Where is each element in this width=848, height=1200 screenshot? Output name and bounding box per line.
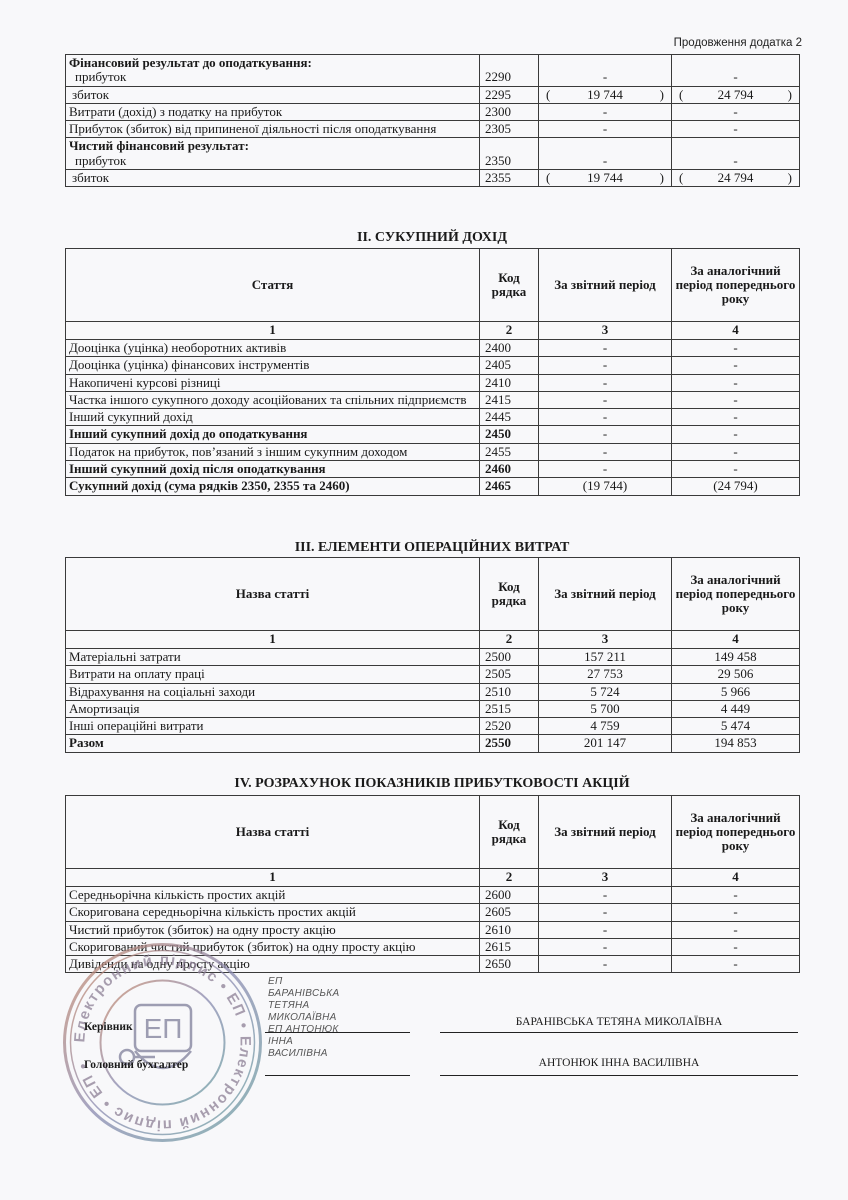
previous-period-value: (24 794) (672, 170, 800, 187)
table-row: Інший сукупний дохід до оподаткування245… (66, 426, 800, 443)
row-label: Накопичені курсові різниці (66, 374, 480, 391)
table-row: Чистий фінансовий результат:прибуток2350… (66, 138, 800, 170)
column-number-2: 2 (480, 322, 539, 340)
row-code: 2290 (480, 55, 539, 87)
table-row: Матеріальні затрати2500157 211149 458 (66, 649, 800, 666)
current-period-value: - (539, 443, 672, 460)
previous-period-value: - (672, 887, 800, 904)
column-number-2: 2 (480, 631, 539, 649)
accountant-name-line (440, 1075, 798, 1076)
previous-period-value: - (672, 357, 800, 374)
column-header-2: Код рядка (480, 558, 539, 631)
column-number-1: 1 (66, 631, 480, 649)
current-period-value: - (539, 426, 672, 443)
director-name-line (440, 1032, 798, 1033)
paren-close: ) (788, 88, 792, 102)
table-row: збиток2295(19 744)(24 794) (66, 86, 800, 103)
row-label: Інші операційні витрати (66, 718, 480, 735)
accountant-name: АНТОНЮК ІННА ВАСИЛІВНА (440, 1057, 798, 1069)
current-period-value: 5 700 (539, 700, 672, 717)
table-row: Сукупний дохід (сума рядків 2350, 2355 т… (66, 478, 800, 495)
previous-period-value: 29 506 (672, 666, 800, 683)
row-label: Відрахування на соціальні заходи (66, 683, 480, 700)
row-label: Інший сукупний дохід після оподаткування (66, 461, 480, 478)
negative-value: (19 744) (542, 171, 668, 185)
row-code: 2405 (480, 357, 539, 374)
column-number-row: 1234 (66, 322, 800, 340)
current-period-value: - (539, 938, 672, 955)
row-code: 2455 (480, 443, 539, 460)
table-row: Амортизація25155 7004 449 (66, 700, 800, 717)
previous-period-value: - (672, 461, 800, 478)
previous-period-value: - (672, 443, 800, 460)
row-label: Дооцінка (уцінка) фінансових інструменті… (66, 357, 480, 374)
table-row: Накопичені курсові різниці2410-- (66, 374, 800, 391)
negative-value: (19 744) (542, 88, 668, 102)
column-number-3: 3 (539, 869, 672, 887)
column-number-3: 3 (539, 322, 672, 340)
current-period-value: - (539, 887, 672, 904)
previous-period-value: - (672, 103, 800, 120)
header-row: Назва статтіКод рядкаЗа звітний періодЗа… (66, 796, 800, 869)
comprehensive-income-table: СтаттяКод рядкаЗа звітний періодЗа анало… (65, 248, 800, 496)
row-code: 2305 (480, 121, 539, 138)
financial-result-table: Фінансовий результат до оподаткування:пр… (65, 54, 800, 187)
group-heading: Чистий фінансовий результат: (69, 139, 476, 153)
row-label: Скоригована середньорічна кількість прос… (66, 904, 480, 921)
column-header-1: Назва статті (66, 796, 480, 869)
row-code: 2520 (480, 718, 539, 735)
esig-line: ЕП (268, 976, 339, 988)
row-code: 2415 (480, 391, 539, 408)
value-number: 24 794 (683, 88, 787, 102)
director-label: Керівник (84, 1021, 133, 1033)
row-label: збиток (66, 86, 480, 103)
table-row: Дооцінка (уцінка) фінансових інструменті… (66, 357, 800, 374)
table-row: Разом2550201 147194 853 (66, 735, 800, 752)
current-period-value: (19 744) (539, 86, 672, 103)
negative-value: (24 794) (675, 88, 796, 102)
previous-period-value: - (672, 340, 800, 357)
accountant-electronic-signature: ЕП АНТОНЮКІННАВАСИЛІВНА (268, 1024, 339, 1060)
row-code: 2465 (480, 478, 539, 495)
current-period-value: - (539, 904, 672, 921)
column-header-2: Код рядка (480, 249, 539, 322)
esig-line: МИКОЛАЇВНА (268, 1012, 339, 1024)
esig-line: ІННА (268, 1036, 339, 1048)
table-row: Скоригована середньорічна кількість прос… (66, 904, 800, 921)
current-period-value: 5 724 (539, 683, 672, 700)
current-period-value: - (539, 956, 672, 973)
column-number-1: 1 (66, 869, 480, 887)
current-period-value: 27 753 (539, 666, 672, 683)
previous-period-value: - (672, 956, 800, 973)
row-code: 2300 (480, 103, 539, 120)
current-period-value: - (539, 461, 672, 478)
row-code: 2500 (480, 649, 539, 666)
section-4-title: IV. РОЗРАХУНОК ПОКАЗНИКІВ ПРИБУТКОВОСТІ … (65, 776, 799, 792)
current-period-value: - (539, 55, 672, 87)
row-code: 2600 (480, 887, 539, 904)
row-label: збиток (66, 170, 480, 187)
row-code: 2550 (480, 735, 539, 752)
previous-period-value: - (672, 904, 800, 921)
column-number-row: 1234 (66, 869, 800, 887)
row-code: 2510 (480, 683, 539, 700)
section-3-title: ІІІ. ЕЛЕМЕНТИ ОПЕРАЦІЙНИХ ВИТРАТ (65, 540, 799, 556)
row-label: Матеріальні затрати (66, 649, 480, 666)
row-label: Податок на прибуток, пов’язаний з іншим … (66, 443, 480, 460)
table-row: Інші операційні витрати25204 7595 474 (66, 718, 800, 735)
row-code: 2605 (480, 904, 539, 921)
table-row: Відрахування на соціальні заходи25105 72… (66, 683, 800, 700)
previous-period-value: (24 794) (672, 86, 800, 103)
row-label: Інший сукупний дохід (66, 409, 480, 426)
table-row: Середньорічна кількість простих акцій260… (66, 887, 800, 904)
previous-period-value: 194 853 (672, 735, 800, 752)
previous-period-value: - (672, 374, 800, 391)
row-code: 2350 (480, 138, 539, 170)
previous-period-value: 5 474 (672, 718, 800, 735)
row-label: Середньорічна кількість простих акцій (66, 887, 480, 904)
row-label: Витрати на оплату праці (66, 666, 480, 683)
director-electronic-signature: ЕПБАРАНІВСЬКАТЕТЯНАМИКОЛАЇВНА (268, 976, 339, 1024)
previous-period-value: 4 449 (672, 700, 800, 717)
row-code: 2450 (480, 426, 539, 443)
column-number-2: 2 (480, 869, 539, 887)
current-period-value: (19 744) (539, 478, 672, 495)
column-number-3: 3 (539, 631, 672, 649)
row-label: Прибуток (збиток) від припиненої діяльно… (66, 121, 480, 138)
esig-line: ВАСИЛІВНА (268, 1048, 339, 1060)
group-heading: Фінансовий результат до оподаткування: (69, 56, 476, 70)
director-name: БАРАНІВСЬКА ТЕТЯНА МИКОЛАЇВНА (440, 1016, 798, 1028)
header-row: Назва статтіКод рядкаЗа звітний періодЗа… (66, 558, 800, 631)
negative-value: (24 794) (675, 171, 796, 185)
previous-period-value: - (672, 138, 800, 170)
paren-close: ) (660, 171, 664, 185)
current-period-value: 157 211 (539, 649, 672, 666)
row-label: Чистий фінансовий результат:прибуток (66, 138, 480, 170)
paren-close: ) (788, 171, 792, 185)
section-2-title: ІІ. СУКУПНИЙ ДОХІД (65, 230, 799, 246)
esig-line: ТЕТЯНА (268, 1000, 339, 1012)
previous-period-value: (24 794) (672, 478, 800, 495)
current-period-value: 4 759 (539, 718, 672, 735)
row-code: 2505 (480, 666, 539, 683)
column-header-3: За звітний період (539, 558, 672, 631)
row-label: Інший сукупний дохід до оподаткування (66, 426, 480, 443)
table-row: Витрати (дохід) з податку на прибуток230… (66, 103, 800, 120)
director-signature-line (265, 1032, 410, 1033)
row-code: 2355 (480, 170, 539, 187)
row-code: 2295 (480, 86, 539, 103)
row-code: 2410 (480, 374, 539, 391)
column-header-3: За звітний період (539, 796, 672, 869)
table-row: збиток2355(19 744)(24 794) (66, 170, 800, 187)
column-number-4: 4 (672, 631, 800, 649)
svg-text:ЕП: ЕП (144, 1013, 183, 1044)
row-code: 2460 (480, 461, 539, 478)
previous-period-value: - (672, 391, 800, 408)
table-row: Частка іншого сукупного доходу асоційова… (66, 391, 800, 408)
previous-period-value: - (672, 121, 800, 138)
column-header-1: Стаття (66, 249, 480, 322)
accountant-signature-line (265, 1075, 410, 1076)
current-period-value: - (539, 391, 672, 408)
value-number: 19 744 (550, 171, 659, 185)
column-header-2: Код рядка (480, 796, 539, 869)
esig-line: ЕП АНТОНЮК (268, 1024, 339, 1036)
row-code: 2400 (480, 340, 539, 357)
previous-period-value: - (672, 409, 800, 426)
esig-line: БАРАНІВСЬКА (268, 988, 339, 1000)
table-row: Прибуток (збиток) від припиненої діяльно… (66, 121, 800, 138)
column-header-1: Назва статті (66, 558, 480, 631)
row-label: Разом (66, 735, 480, 752)
table-row: Фінансовий результат до оподаткування:пр… (66, 55, 800, 87)
column-number-4: 4 (672, 322, 800, 340)
row-code: 2610 (480, 921, 539, 938)
current-period-value: (19 744) (539, 170, 672, 187)
row-label: Витрати (дохід) з податку на прибуток (66, 103, 480, 120)
previous-period-value: - (672, 426, 800, 443)
row-code: 2515 (480, 700, 539, 717)
paren-close: ) (660, 88, 664, 102)
row-label: Сукупний дохід (сума рядків 2350, 2355 т… (66, 478, 480, 495)
current-period-value: - (539, 103, 672, 120)
header-row: СтаттяКод рядкаЗа звітний періодЗа анало… (66, 249, 800, 322)
row-label-sub: прибуток (69, 154, 476, 168)
previous-period-value: - (672, 55, 800, 87)
column-header-4: За аналогічний період попереднього року (672, 796, 800, 869)
row-label: Фінансовий результат до оподаткування:пр… (66, 55, 480, 87)
electronic-signature-stamp-icon: Електронний підпис • ЕП • Електронний пі… (55, 935, 270, 1150)
previous-period-value: 149 458 (672, 649, 800, 666)
current-period-value: - (539, 138, 672, 170)
row-label-sub: прибуток (69, 70, 476, 84)
previous-period-value: 5 966 (672, 683, 800, 700)
column-number-4: 4 (672, 869, 800, 887)
current-period-value: - (539, 357, 672, 374)
row-label: Дооцінка (уцінка) необоротних активів (66, 340, 480, 357)
previous-period-value: - (672, 921, 800, 938)
current-period-value: - (539, 409, 672, 426)
row-label: Амортизація (66, 700, 480, 717)
value-number: 19 744 (550, 88, 659, 102)
operating-expenses-table: Назва статтіКод рядкаЗа звітний періодЗа… (65, 557, 800, 753)
column-header-4: За аналогічний період попереднього року (672, 249, 800, 322)
table-row: Витрати на оплату праці250527 75329 506 (66, 666, 800, 683)
column-header-3: За звітний період (539, 249, 672, 322)
chief-accountant-label: Головний бухгалтер (84, 1059, 188, 1071)
current-period-value: - (539, 121, 672, 138)
current-period-value: - (539, 921, 672, 938)
table-row: Інший сукупний дохід після оподаткування… (66, 461, 800, 478)
previous-period-value: - (672, 938, 800, 955)
table-row: Дооцінка (уцінка) необоротних активів240… (66, 340, 800, 357)
row-label: Частка іншого сукупного доходу асоційова… (66, 391, 480, 408)
continuation-note: Продовження додатка 2 (640, 37, 802, 49)
row-code: 2650 (480, 956, 539, 973)
value-number: 24 794 (683, 171, 787, 185)
row-code: 2615 (480, 938, 539, 955)
column-number-row: 1234 (66, 631, 800, 649)
row-code: 2445 (480, 409, 539, 426)
table-row: Інший сукупний дохід2445-- (66, 409, 800, 426)
current-period-value: - (539, 374, 672, 391)
column-header-4: За аналогічний період попереднього року (672, 558, 800, 631)
column-number-1: 1 (66, 322, 480, 340)
current-period-value: 201 147 (539, 735, 672, 752)
table-row: Податок на прибуток, пов’язаний з іншим … (66, 443, 800, 460)
current-period-value: - (539, 340, 672, 357)
